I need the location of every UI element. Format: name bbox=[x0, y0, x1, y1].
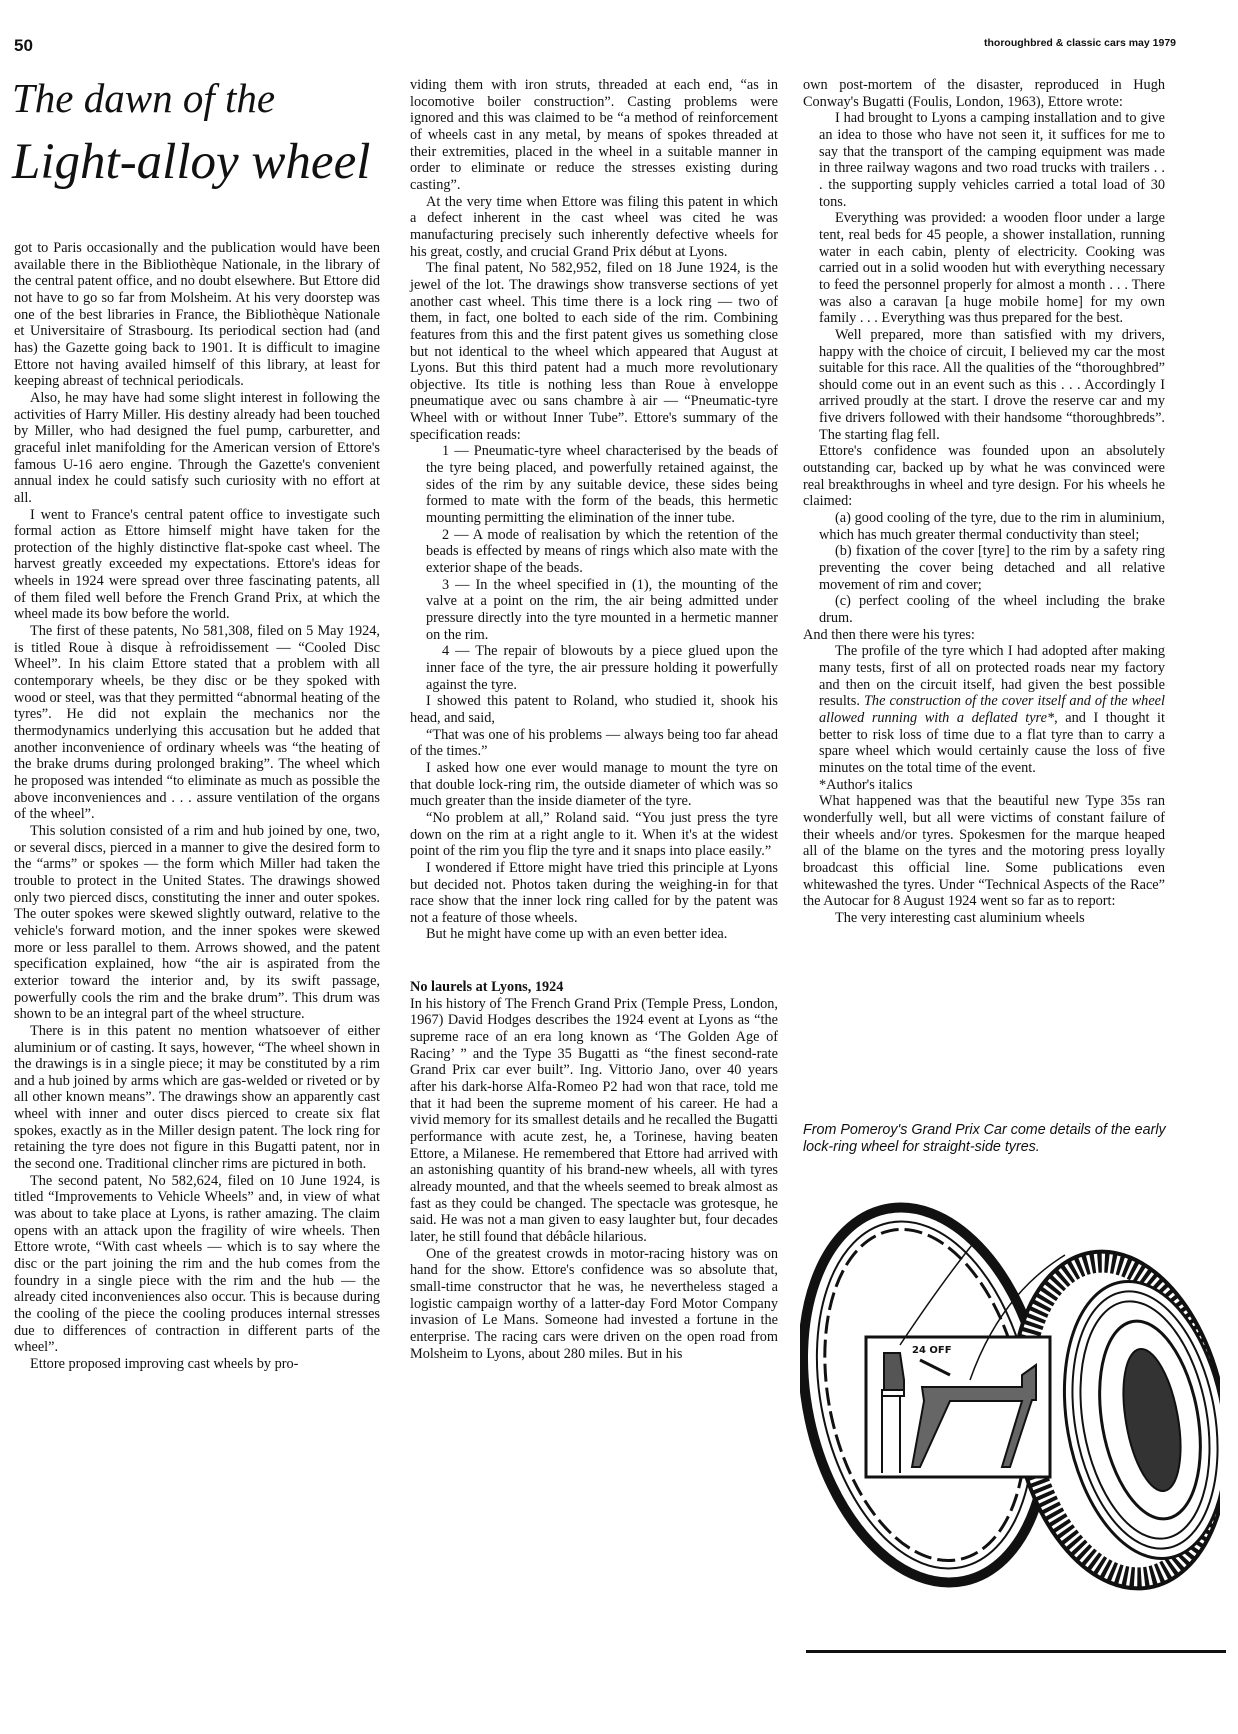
article-title: The dawn of the Light-alloy wheel bbox=[12, 78, 392, 188]
paragraph: got to Paris occasionally and the public… bbox=[14, 240, 380, 390]
figure-caption: From Pomeroy's Grand Prix Car come detai… bbox=[803, 1122, 1173, 1155]
column-3: own post-mortem of the disaster, reprodu… bbox=[803, 77, 1165, 926]
claim-item: (b) fixation of the cover [tyre] to the … bbox=[819, 543, 1165, 593]
paragraph: “No problem at all,” Roland said. “You j… bbox=[410, 810, 778, 860]
paragraph: I went to France's central patent office… bbox=[14, 507, 380, 624]
patent-claim: 4 — The repair of blowouts by a piece gl… bbox=[426, 643, 778, 693]
column-2: viding them with iron struts, threaded a… bbox=[410, 77, 778, 1362]
paragraph: This solution consisted of a rim and hub… bbox=[14, 823, 380, 1023]
patent-claim: 2 — A mode of realisation by which the r… bbox=[426, 527, 778, 577]
footnote: *Author's italics bbox=[819, 777, 1165, 794]
section-subhead: No laurels at Lyons, 1924 bbox=[410, 979, 778, 996]
inset-label: 24 OFF bbox=[912, 1345, 952, 1356]
paragraph: One of the greatest crowds in motor-raci… bbox=[410, 1246, 778, 1363]
paragraph: In his history of The French Grand Prix … bbox=[410, 996, 778, 1246]
column-1: got to Paris occasionally and the public… bbox=[14, 240, 380, 1373]
paragraph: Ettore's confidence was founded upon an … bbox=[803, 443, 1165, 510]
paragraph: What happened was that the beautiful new… bbox=[803, 793, 1165, 910]
paragraph: Ettore proposed improving cast wheels by… bbox=[14, 1356, 380, 1373]
paragraph: The second patent, No 582,624, filed on … bbox=[14, 1173, 380, 1356]
paragraph: own post-mortem of the disaster, reprodu… bbox=[803, 77, 1165, 110]
paragraph: I wondered if Ettore might have tried th… bbox=[410, 860, 778, 927]
claim-item: (c) perfect cooling of the wheel includi… bbox=[819, 593, 1165, 626]
claim-item: (a) good cooling of the tyre, due to the… bbox=[819, 510, 1165, 543]
paragraph: Also, he may have had some slight intere… bbox=[14, 390, 380, 507]
paragraph: “That was one of his problems — always b… bbox=[410, 727, 778, 760]
block-quote: The profile of the tyre which I had adop… bbox=[819, 643, 1165, 776]
paragraph: There is in this patent no mention whats… bbox=[14, 1023, 380, 1173]
page-number: 50 bbox=[14, 36, 33, 56]
paragraph: The first of these patents, No 581,308, … bbox=[14, 623, 380, 823]
running-head: thoroughbred & classic cars may 1979 bbox=[984, 37, 1176, 49]
block-quote: I had brought to Lyons a camping install… bbox=[819, 110, 1165, 210]
title-line-2: Light-alloy wheel bbox=[12, 137, 392, 188]
patent-claim: 3 — In the wheel specified in (1), the m… bbox=[426, 577, 778, 644]
paragraph: I showed this patent to Roland, who stud… bbox=[410, 693, 778, 726]
patent-claim: 1 — Pneumatic-tyre wheel characterised b… bbox=[426, 443, 778, 526]
bottom-rule bbox=[806, 1650, 1226, 1653]
title-line-1: The dawn of the bbox=[12, 78, 392, 119]
paragraph: viding them with iron struts, threaded a… bbox=[410, 77, 778, 194]
paragraph: I asked how one ever would manage to mou… bbox=[410, 760, 778, 810]
block-quote: Everything was provided: a wooden floor … bbox=[819, 210, 1165, 327]
lock-ring-wheel-icon: 24 OFF bbox=[800, 1175, 1220, 1615]
paragraph: The final patent, No 582,952, filed on 1… bbox=[410, 260, 778, 443]
paragraph: At the very time when Ettore was filing … bbox=[410, 194, 778, 261]
paragraph: But he might have come up with an even b… bbox=[410, 926, 778, 943]
paragraph: And then there were his tyres: bbox=[803, 627, 1165, 644]
block-quote: Well prepared, more than satisfied with … bbox=[819, 327, 1165, 444]
block-quote: The very interesting cast aluminium whee… bbox=[819, 910, 1165, 927]
wheel-illustration: 24 OFF bbox=[800, 1175, 1220, 1615]
